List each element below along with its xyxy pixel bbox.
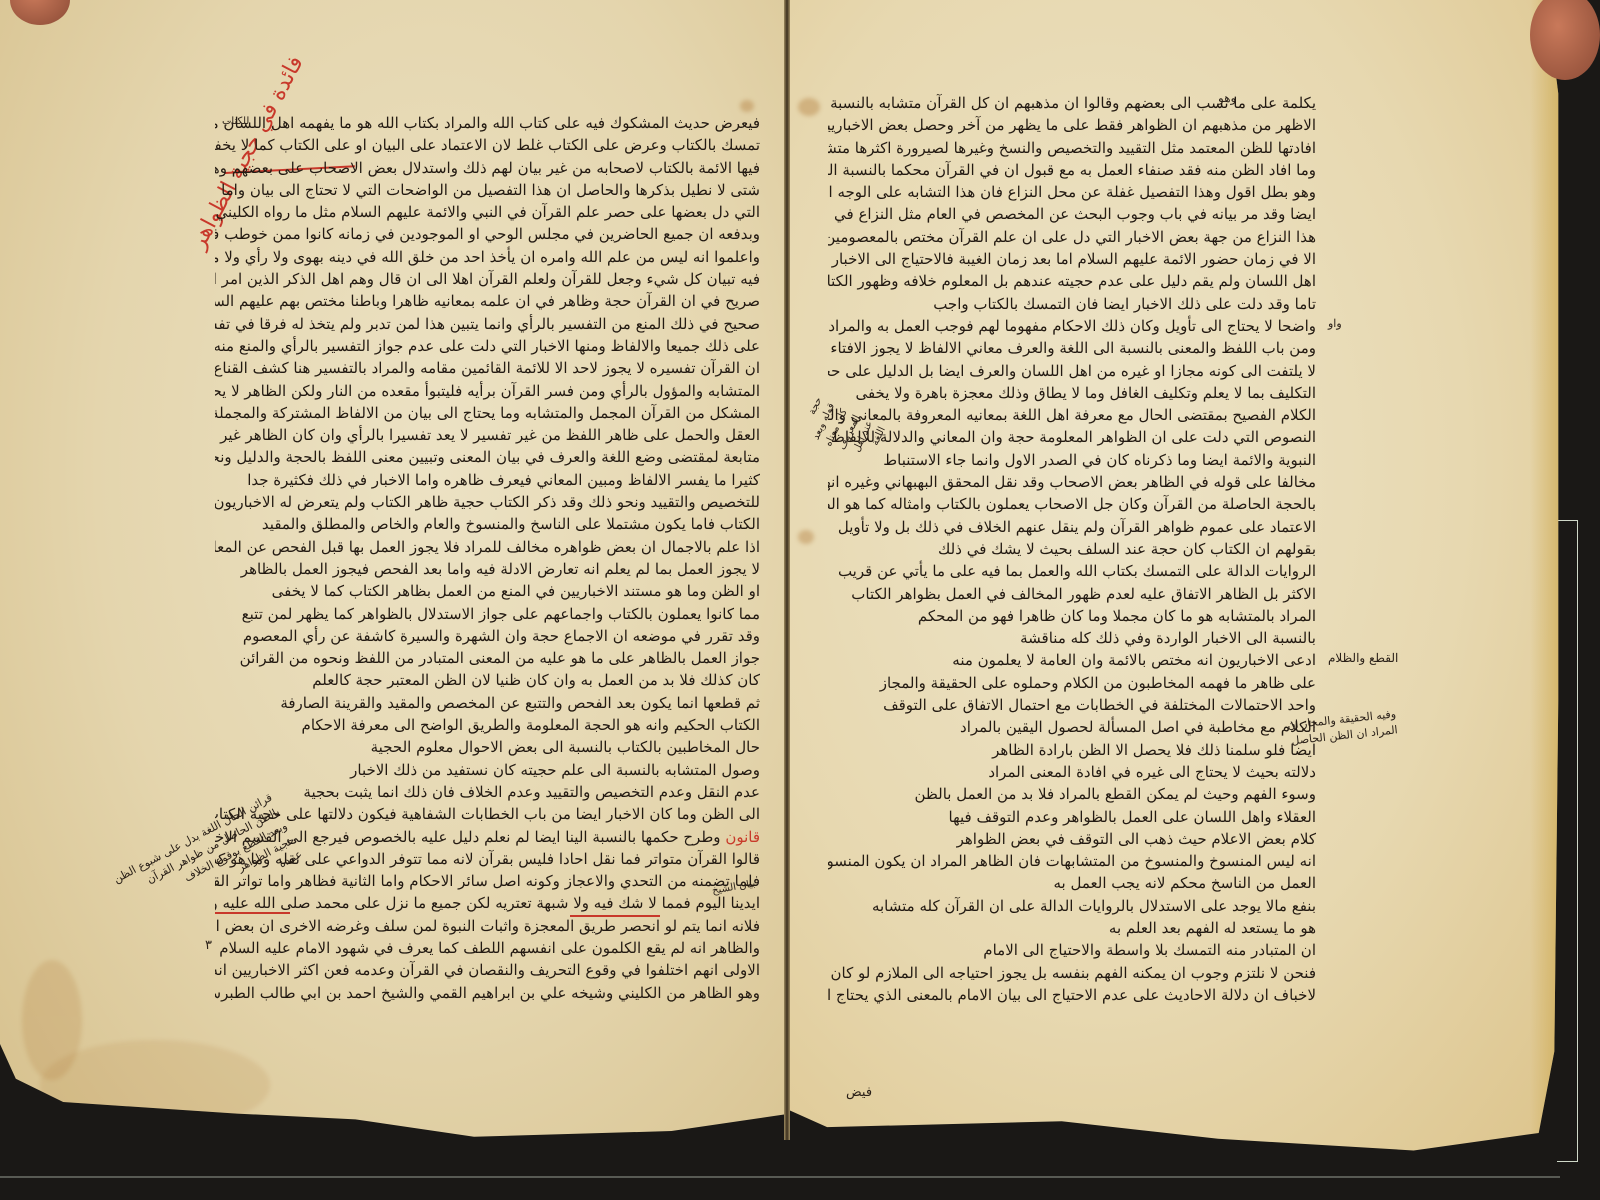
text-line: بالنسبة الى الاخبار الواردة وفي ذلك كله …: [828, 627, 1316, 649]
text-line: لا يجوز العمل بما لم يعلم انه تعارض الاد…: [215, 558, 760, 580]
text-line: اهل اللسان ولم يقم دليل على عدم حجيته عن…: [828, 270, 1316, 292]
text-line: المراد بالمتشابه هو ما كان مجملا وما كان…: [828, 605, 1316, 627]
hand-finger-top-right: [1530, 0, 1600, 80]
margin-note-line-number: ٣: [205, 938, 212, 954]
text-line: تاما وقد دلت على ذلك الاخبار ايضا فان ال…: [828, 293, 1316, 315]
background-frame-bottom: [0, 1176, 1560, 1178]
ink-spot: [798, 98, 820, 116]
text-line: ايضا وقد مر بيانه في باب وجوب البحث عن ا…: [828, 203, 1316, 225]
text-line: وبدفعه ان جميع الحاضرين في مجلس الوحي او…: [215, 223, 760, 245]
text-line: الى الظن وما كان الاخبار ايضا من باب الخ…: [215, 803, 760, 825]
text-line: والظاهر انه لم يقع الكلمون على انفسهم ال…: [215, 937, 760, 959]
text-line: العقل والحمل على ظاهر اللفظ من غير تفسير…: [215, 424, 760, 446]
text-line: صريح في ان القرآن حجة وظاهر في ان علمه ب…: [215, 290, 760, 312]
margin-note-right-middle: القطع والظلام: [1328, 650, 1398, 666]
text-line: شتى لا نطيل بذكرها والحاصل ان هذا التفصي…: [215, 179, 760, 201]
text-line: المتشابه والمؤول بالرأي ومن فسر القرآن ب…: [215, 380, 760, 402]
text-line: وسوء الفهم وحيث لم يمكن القطع بالمراد فل…: [828, 783, 1316, 805]
text-line: جواز العمل بالظاهر على ما هو عليه من الم…: [215, 647, 760, 669]
text-line: كثيرا ما يفسر الالفاظ ومبين المعاني فيعر…: [215, 469, 760, 491]
text-line: لا يلتفت الى كونه مجازا او غيره من اهل ا…: [828, 360, 1316, 382]
text-line: ان القرآن تفسيره لا يجوز لاحد الا للائمة…: [215, 357, 760, 379]
rubric-word: قانون: [725, 828, 760, 846]
water-stain: [40, 1040, 270, 1130]
text-line: على ذلك جميعا والالفاظ ومنها الاخبار الت…: [215, 335, 760, 357]
text-line: التكليف بما لا يعلم وتكليف الغافل وما لا…: [828, 382, 1316, 404]
text-line: على ظاهر ما فهمه المخاطبون من الكلام وحم…: [828, 672, 1316, 694]
text-line: الاعتماد على عموم ظواهر القرآن ولم ينقل …: [828, 516, 1316, 538]
text-line: فيعرض حديث المشكوك فيه على كتاب الله وال…: [215, 112, 760, 134]
text-line: بقولهم ان الكتاب كان حجة عند السلف بحيث …: [828, 538, 1316, 560]
text-line: عدم النقل وعدم التخصيص والتقييد وعدم الخ…: [215, 781, 760, 803]
text-line: وقد تقرر في موضعه ان الاجماع حجة وان الش…: [215, 625, 760, 647]
background-frame-edge: [1557, 520, 1578, 1162]
book-gutter: [784, 0, 790, 1140]
text-line: الاكثر بل الظاهر الاتفاق عليه لعدم ظهور …: [828, 583, 1316, 605]
text-line: المشكل من القرآن المجمل والمتشابه وما يح…: [215, 402, 760, 424]
text-line: كلام بعض الاعلام حيث ذهب الى التوقف في ب…: [828, 828, 1316, 850]
text-line: مخالفا على قوله في الظاهر بعض الاصحاب وق…: [828, 471, 1316, 493]
text-line: العمل من الناسخ محكم لانه يجب العمل به: [828, 872, 1316, 894]
text-line: انه ليس المنسوخ والمنسوخ من المتشابهات ف…: [828, 850, 1316, 872]
text-line: قالوا القرآن متواتر فما نقل احادا فليس ب…: [215, 848, 760, 870]
text-line: ادعى الاخباريون انه مختص بالائمة وان الع…: [828, 649, 1316, 671]
text-line: لاخباف ان دلالة الاحاديث على عدم الاحتيا…: [828, 984, 1316, 1006]
text-line: واعلموا انه ليس من علم الله وامره ان يأخ…: [215, 246, 760, 268]
text-line: النصوص التي دلت على ان الظواهر المعلومة …: [828, 426, 1316, 448]
text-line: حال المخاطبين بالكتاب بالنسبة الى بعض ال…: [215, 736, 760, 758]
text-line: مما كانوا يعملون بالكتاب واجماعهم على جو…: [215, 603, 760, 625]
ink-spot: [740, 100, 754, 112]
text-line: الاظهر من مذهبهم ان الظواهر فقط على ما ي…: [828, 114, 1316, 136]
text-line: صحيح في ذلك المنع من التفسير بالرأي وانم…: [215, 313, 760, 335]
text-line: هذا النزاع من جهة بعض الاخبار التي دل عل…: [828, 226, 1316, 248]
text-line: الكتاب الحكيم وانه هو الحجة المعلومة وال…: [215, 714, 760, 736]
text-line: اذا علم بالاجمال ان بعض ظواهره مخالف للم…: [215, 536, 760, 558]
text-line: العقلاء واهل اللسان على العمل بالظواهر و…: [828, 806, 1316, 828]
ink-spot: [798, 530, 814, 544]
text-line: هو ما يستعد له الفهم بعد العلم به: [828, 917, 1316, 939]
text-line-with-rubric: قانون وطرح حكمها بالنسبة الينا ايضا لم ن…: [215, 826, 760, 848]
text-line: واحد الاحتمالات المختلفة في الخطابات مع …: [828, 694, 1316, 716]
text-line: واضحا لا يحتاج الى تأويل وكان ذلك الاحكا…: [828, 315, 1316, 337]
text-line: افادتها للظن المعتمد مثل التقييد والتخصي…: [828, 137, 1316, 159]
right-page-body-text: يكلمة على ما نسب الى بعضهم وقالوا ان مذه…: [828, 92, 1316, 1006]
text-line: فنحن لا نلتزم وجوب ان يمكنه الفهم بنفسه …: [828, 962, 1316, 984]
left-page: فائدة في حجية الظواهر للكتاب ٣ بيان الشي…: [0, 0, 790, 1160]
text-line: وصول المتشابه بالنسبة الى علم حجيته كان …: [215, 759, 760, 781]
text-line: الكتاب فاما يكون مشتملا على الناسخ والمن…: [215, 513, 760, 535]
text-line: وهو بطل اقول وهذا التفصيل غفلة عن محل ال…: [828, 181, 1316, 203]
text-line: دلالته بحيث لا يحتاج الى غيره في افادة ا…: [828, 761, 1316, 783]
text-line: بنفع مالا يوجد على الاستدلال بالروايات ا…: [828, 895, 1316, 917]
text-line: فيها الائمة بالكتاب لاصحابه من غير بيان …: [215, 157, 760, 179]
text-line: للتخصيص والتقييد ونحو ذلك وقد ذكر الكتاب…: [215, 491, 760, 513]
text-line: وهو الظاهر من الكليني وشيخه علي بن ابراه…: [215, 982, 760, 1004]
text-line: ثم قطعها انما يكون بعد الفحص والتتبع عن …: [215, 692, 760, 714]
text-line: وما افاد الظن منه فقد صنفاء العمل به مع …: [828, 159, 1316, 181]
text-line: او الظن وما هو مستند الاخباريين في المنع…: [215, 580, 760, 602]
text-line: الكلام مع مخاطبة في اصل المسألة لحصول ال…: [828, 716, 1316, 738]
text-line: تمسك بالكتاب وعرض على الكتاب غلط لان الا…: [215, 134, 760, 156]
text-line: يكلمة على ما نسب الى بعضهم وقالوا ان مذه…: [828, 92, 1316, 114]
text-line: فلانه انما يتم لو انحصر طريق المعجزة واث…: [215, 915, 760, 937]
text-line: متابعة لمقتضى وضع اللغة والعرف في بيان ا…: [215, 446, 760, 468]
text-line: كان كذلك فلا بد من العمل به وان كان ظنيا…: [215, 669, 760, 691]
text-line: النبوية والائمة ايضا وما ذكرناه كان في ا…: [828, 449, 1316, 471]
left-page-body-text: فيعرض حديث المشكوك فيه على كتاب الله وال…: [215, 112, 760, 1004]
text-line: الاولى انهم اختلفوا في وقوع التحريف والن…: [215, 959, 760, 981]
text-line: ومن باب اللفظ والمعنى بالنسبة الى اللغة …: [828, 337, 1316, 359]
text-line: ايضا فلو سلمنا ذلك فلا يحصل الا الظن بار…: [828, 739, 1316, 761]
margin-note-right-top: واو: [1328, 316, 1342, 332]
text-line: الروايات الدالة على التمسك بكتاب الله وا…: [828, 560, 1316, 582]
text-line: بالحجة الحاصلة من القرآن وكان جل الاصحاب…: [828, 493, 1316, 515]
text-line: التي دل بعضها على حصر علم القرآن في النب…: [215, 201, 760, 223]
text-line: ايدينا اليوم فمما لا شك فيه ولا شبهة تعت…: [215, 892, 760, 914]
right-page: وهو واو حجة قوله وبعد كان معناه المعروف …: [788, 0, 1570, 1168]
text-line: فلما تضمنه من التحدي والاعجاز وكونه اصل …: [215, 870, 760, 892]
text-line: الكلام الفصيح بمقتضى الحال مع معرفة اهل …: [828, 404, 1316, 426]
text-line: فيه تبيان كل شيء وجعل للقرآن ولعلم القرآ…: [215, 268, 760, 290]
text-line: الا في زمان حضور الائمة عليهم السلام اما…: [828, 248, 1316, 270]
catchword: فيض: [846, 1085, 872, 1100]
text-line: ان المتبادر منه التمسك بلا واسطة والاحتي…: [828, 939, 1316, 961]
